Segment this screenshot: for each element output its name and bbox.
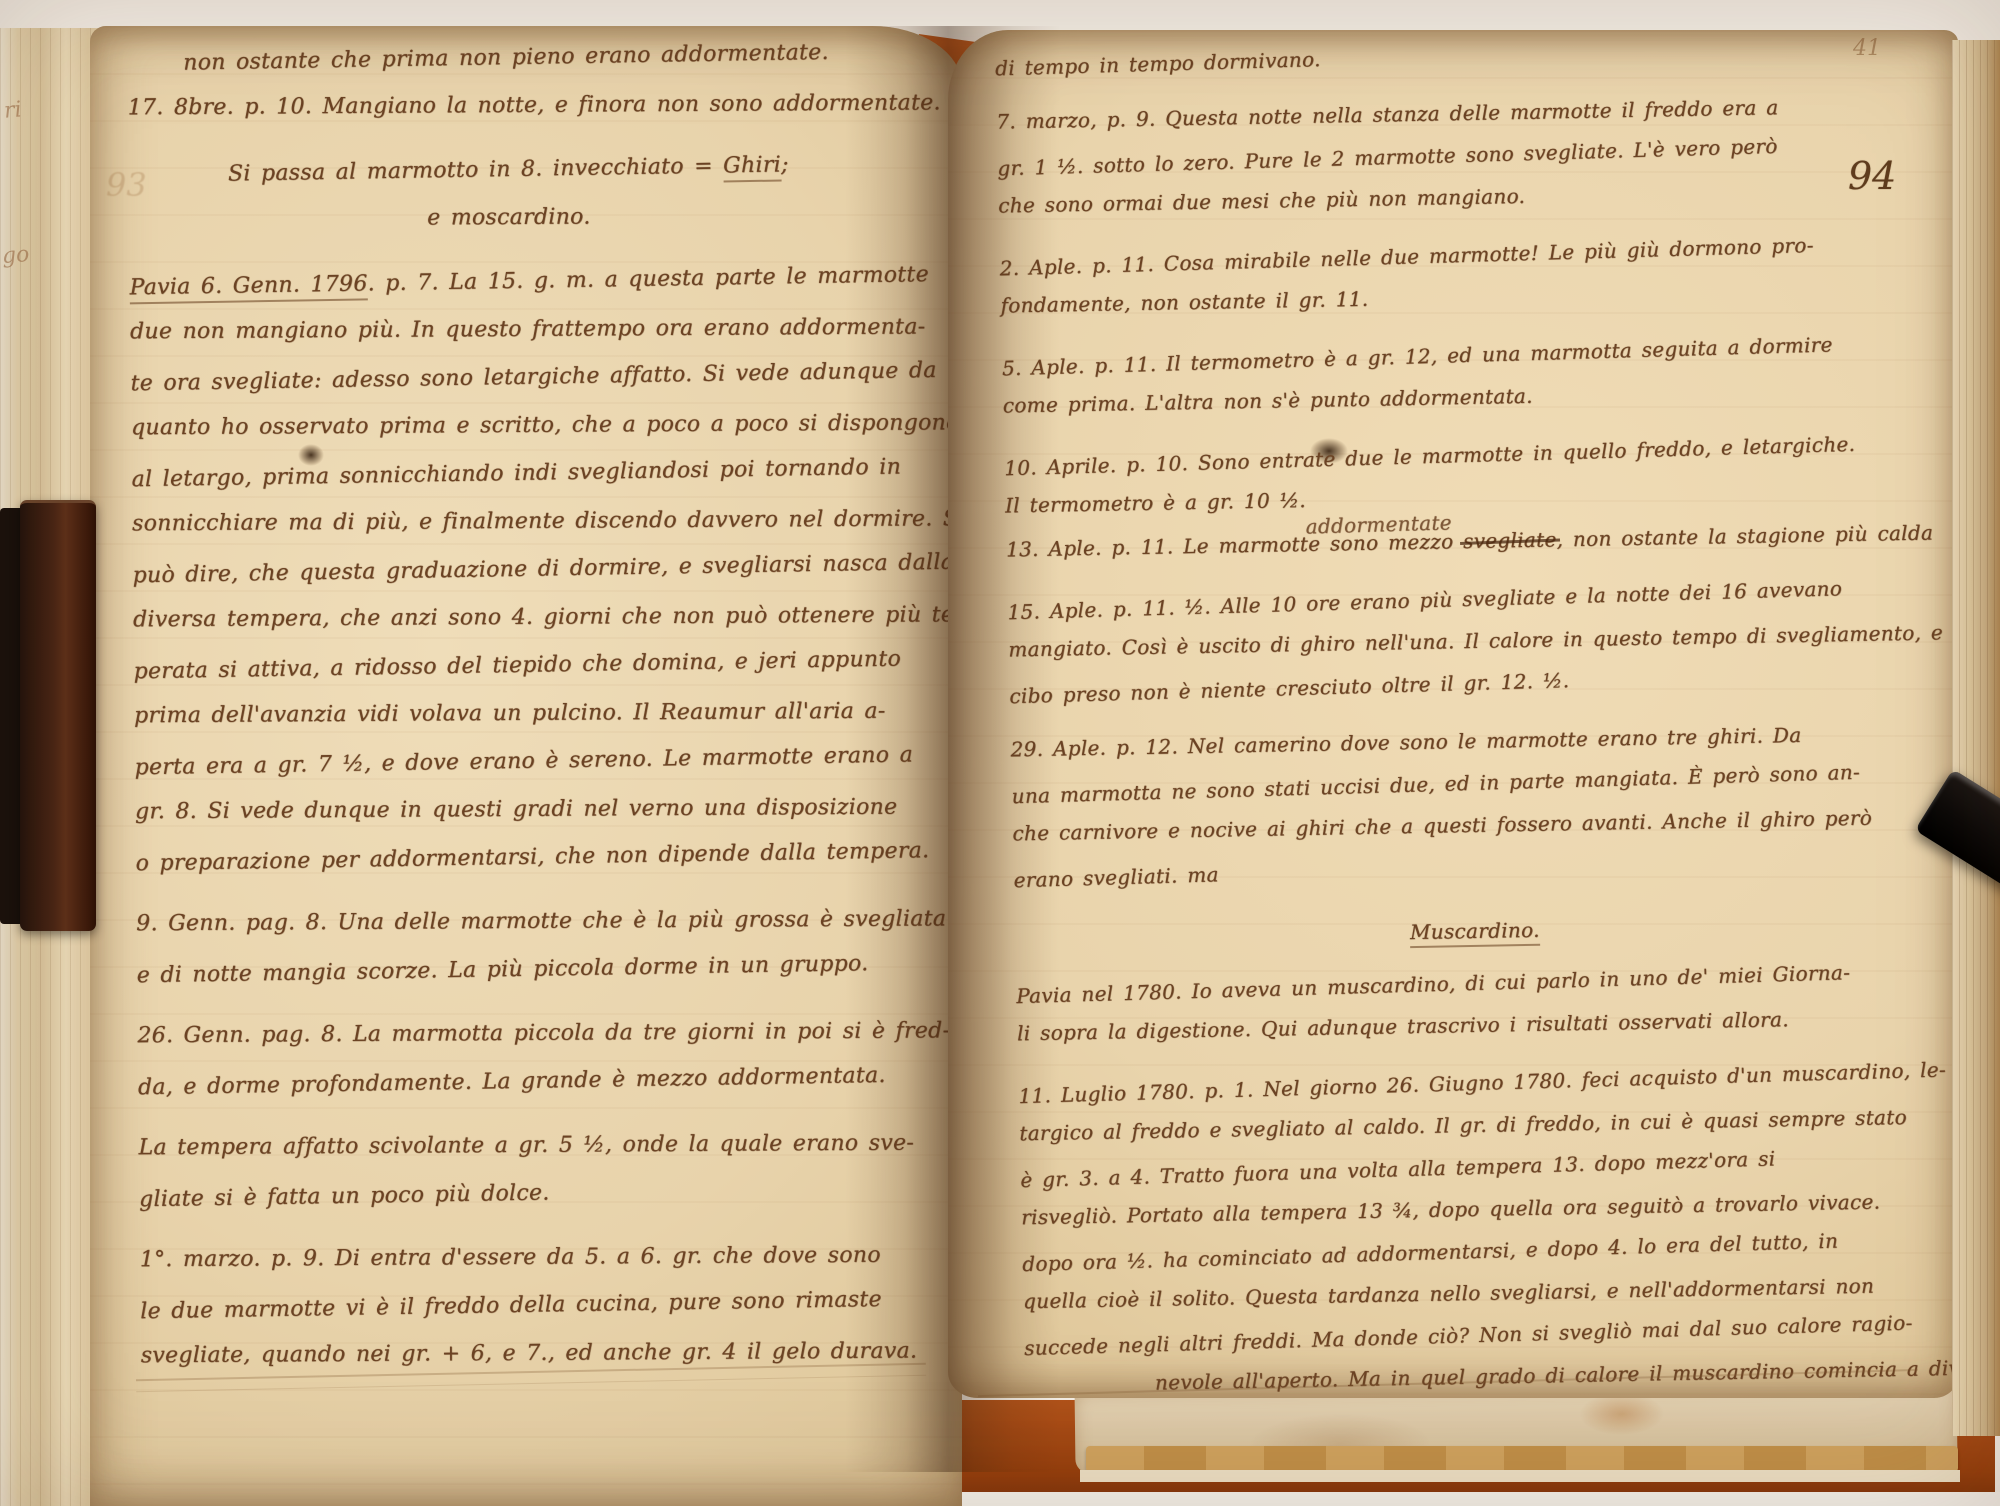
left-page: 93 non ostante che prima non pieno erano… [90, 26, 962, 1506]
manuscript-line: Si passa al marmotto in 8. invecchiato =… [128, 140, 889, 201]
right-page-text: di tempo in tempo dormivano.7. marzo, p.… [995, 30, 1946, 1398]
underlined-text: Pavia 6. Genn. 1796 [129, 271, 368, 304]
manuscript-line: 26. Genn. pag. 8. La marmotta piccola da… [137, 1008, 897, 1061]
manuscript-line: gliate si è fatta un poco più dolce. [139, 1164, 900, 1225]
manuscript-line: Pavia 6. Genn. 1796. p. 7. La 15. g. m. … [129, 252, 890, 313]
manuscript-line: può dire, che questa graduazione di dorm… [132, 540, 893, 601]
manuscript-line: Muscardino. [1015, 902, 1936, 961]
text-segment: ; [781, 152, 789, 177]
manuscript-photograph: ri go 93 non ostante che prima non pieno… [0, 0, 2000, 1506]
underlined-text: Ghiri [723, 153, 781, 183]
page-block-edge-strip [1086, 1446, 1958, 1472]
text-segment: Si passa al marmotto in 8. invecchiato = [228, 153, 724, 186]
text-segment: . p. 7. La 15. g. m. a questa parte le m… [367, 262, 929, 296]
manuscript-line: perta era a gr. 7 ½, e dove erano è sere… [134, 732, 895, 793]
spine-text-fragment: go [1, 242, 30, 269]
manuscript-line: 1°. marzo. p. 9. Di entra d'essere da 5.… [140, 1232, 900, 1285]
manuscript-line: diversa tempera, che anzi sono 4. giorni… [133, 592, 893, 645]
manuscript-line: e moscardino. [129, 192, 889, 245]
manuscript-line: da, e dorme profondamente. La grande è m… [138, 1052, 899, 1113]
manuscript-line: di tempo in tempo dormivano. [995, 30, 1916, 89]
manuscript-line: e di notte mangia scorze. La più piccola… [136, 940, 897, 1001]
text-segment: , non ostante la stagione più calda [1556, 520, 1933, 551]
manuscript-line: te ora svegliate: adesso sono letargiche… [130, 348, 891, 409]
manuscript-line: La tempera affatto scivolante a gr. 5 ½,… [138, 1120, 898, 1173]
manuscript-line: due non mangiano più. In questo frattemp… [130, 304, 890, 357]
manuscript-line: gr. 8. Si vede dunque in questi gradi ne… [135, 784, 895, 837]
manuscript-line: svegliate, quando nei gr. + 6, e 7., ed … [141, 1328, 901, 1381]
right-page-edges [1952, 40, 2000, 1436]
manuscript-line: le due marmotte vi è il freddo della cuc… [140, 1276, 901, 1337]
page-block-cream-strip [1080, 1470, 1960, 1482]
text-segment: 13. Aple. p. 11. Le marmotte sono mezzo [1006, 529, 1463, 561]
spine-text-fragment: ri [3, 97, 23, 123]
manuscript-line: al letargo, prima sonnicchiando indi sve… [131, 444, 892, 505]
left-page-text: non ostante che prima non pieno erano ad… [127, 30, 901, 1382]
right-page: 41 94 di tempo in tempo dormivano.7. mar… [948, 30, 1958, 1398]
photo-background-strip [958, 1492, 2000, 1506]
manuscript-line: o preparazione per addormentarsi, che no… [135, 828, 896, 889]
underlined-text: Muscardino. [1410, 918, 1540, 948]
manuscript-line: prima dell'avanzia vidi volava un pulcin… [134, 688, 894, 741]
struck-out-text: svegliate [1463, 527, 1557, 553]
manuscript-line: 17. 8bre. p. 10. Mangiano la notte, e fi… [128, 80, 888, 133]
manuscript-line: sonnicchiare ma di più, e finalmente dis… [132, 496, 892, 549]
manuscript-line: quanto ho osservato prima e scritto, che… [131, 400, 891, 453]
manuscript-line: perata si attiva, a ridosso del tiepido … [133, 636, 894, 697]
leather-clasp [20, 500, 96, 931]
manuscript-line: 9. Genn. pag. 8. Una delle marmotte che … [136, 896, 896, 949]
manuscript-line: non ostante che prima non pieno erano ad… [183, 28, 888, 88]
